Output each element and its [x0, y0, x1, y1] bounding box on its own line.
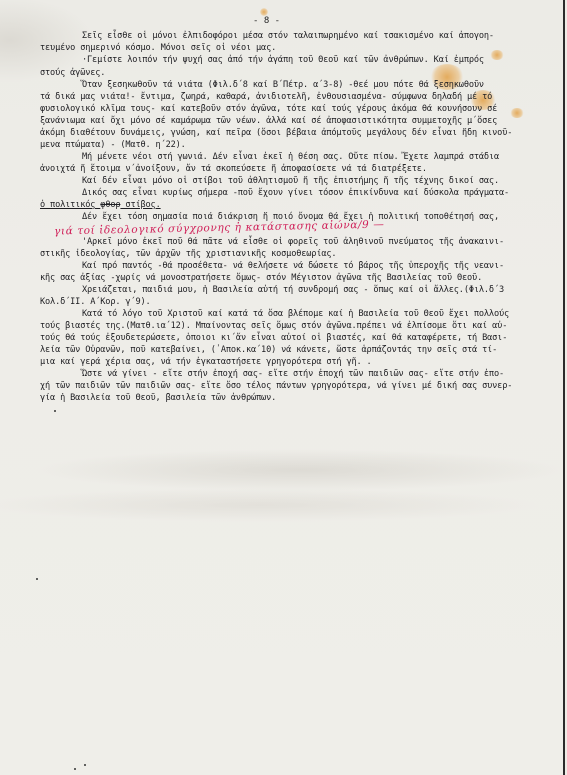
text-line: μια καί γερά χέρια σας, νά τήν ἐγκαταστή… [40, 357, 372, 368]
text-line: ἀνοιχτά ἤ ἕτοιμα ν΄ἀνοίξουν, ἄν τά σκοπε… [40, 164, 427, 175]
text-line: Κολ.δ΄ΙΙ. Α΄Κορ. γ΄9). [40, 297, 151, 308]
speck [74, 768, 76, 770]
text-line: μενα πτώματα) - (Ματθ. η΄22). [40, 140, 186, 151]
text-line: στούς ἀγῶνες. [40, 68, 105, 79]
text-line: Καί δέν εἶναι μόνο οἱ στίβοι τοῦ ἀθλητισ… [40, 176, 499, 187]
struck-out-text: φθορ [100, 200, 120, 210]
text-line: τούς θά τούς ἐξουδετερώσετε, ὁποιοι κι΄ἄ… [40, 333, 507, 344]
underlined-text: ὁ πολιτικός [40, 200, 100, 210]
text-line: φυσιολογικό κλῖμα τους- καί κατεβοῦν στό… [40, 104, 497, 115]
speck [36, 578, 38, 580]
coffee-stain [510, 108, 524, 118]
text-line: χή τῶν παιδιῶν τῶν παιδιῶν σας- εἴτε ὅσο… [40, 381, 512, 392]
speck [84, 764, 86, 766]
coffee-stain [260, 8, 268, 16]
text-line: Χρειάζεται, παιδιά μου, ἡ Βασιλεία αὐτή … [40, 285, 504, 296]
text-line: τούς βιαστές της.(Ματθ.ια΄12). Μπαίνοντα… [40, 321, 507, 332]
text-line: λεία τῶν Οὐρανῶν, ποῦ κατεβαίνει, (᾿Αποκ… [40, 345, 497, 356]
text-line: Μή μένετε νέοι στή γωνιά. Δέν εἶναι ἐκεῖ… [40, 152, 499, 163]
text-line: στικῆς ἰδεολογίας, τῶν ἀρχῶν τῆς χριστια… [40, 249, 336, 260]
page-number: - 8 - [253, 16, 280, 26]
text-line: Καί πρό παντός -θά προσέθετα- νά θελήσετ… [40, 261, 504, 272]
text-line: Κατά τό λόγο τοῦ Χριστοῦ καί κατά τά ὅσα… [40, 309, 509, 320]
text-line: ·Γεμίστε λοιπόν τήν ψυχή σας ἀπό τήν ἀγά… [40, 55, 484, 66]
underlined-text: στίβος. [120, 200, 160, 210]
text-line: Ὥστε νά γίνει - εἴτε στήν ἐποχή σας- εἴτ… [40, 369, 504, 380]
text-line: ἀκόμη διαθέτουν δυνάμεις, γνώση, καί πεῖ… [40, 128, 512, 139]
text-line: κῆς σας ἀξίας -χωρίς νά μονοστρατήσετε ὅ… [40, 273, 482, 284]
text-line: Ὅταν ξεσηκωθοῦν τά νιάτα (Φιλ.δ΄8 καί Β΄… [40, 80, 484, 91]
text-line: τευμένο σημερινό κόσμο. Μόνοι σεῖς οἱ νέ… [40, 43, 276, 54]
text-line-underlined: ὁ πολιτικός φθορ στίβος. [40, 200, 161, 211]
text-line: Δικός σας εἶναι κυρίως σήμερα -ποῦ ἔχουν… [40, 188, 509, 199]
text-line: Σεῖς εἶσθε οἱ μόνοι ἐλπιδοφόροι μέσα στό… [40, 31, 494, 42]
coffee-stain [490, 50, 504, 60]
scanned-page: - 8 - Σεῖς εἶσθε οἱ μόνοι ἐλπιδοφόροι μέ… [0, 0, 565, 775]
text-line: 'Αρκεῖ μόνο ἐκεῖ ποῦ θά πᾶτε νά εἶσθε οἱ… [40, 237, 504, 248]
speck [54, 410, 56, 412]
text-line: ξανάνιωμα καί ὄχι μόνο σέ καμάρωμα τῶν ν… [40, 116, 497, 127]
text-line: γία ἡ Βασιλεία τοῦ Θεοῦ, βασιλεία τῶν ἀν… [40, 393, 276, 404]
text-line: τά δικά μας νιάτα!- ἔντιμα, ζωηρά, καθαρ… [40, 92, 492, 103]
